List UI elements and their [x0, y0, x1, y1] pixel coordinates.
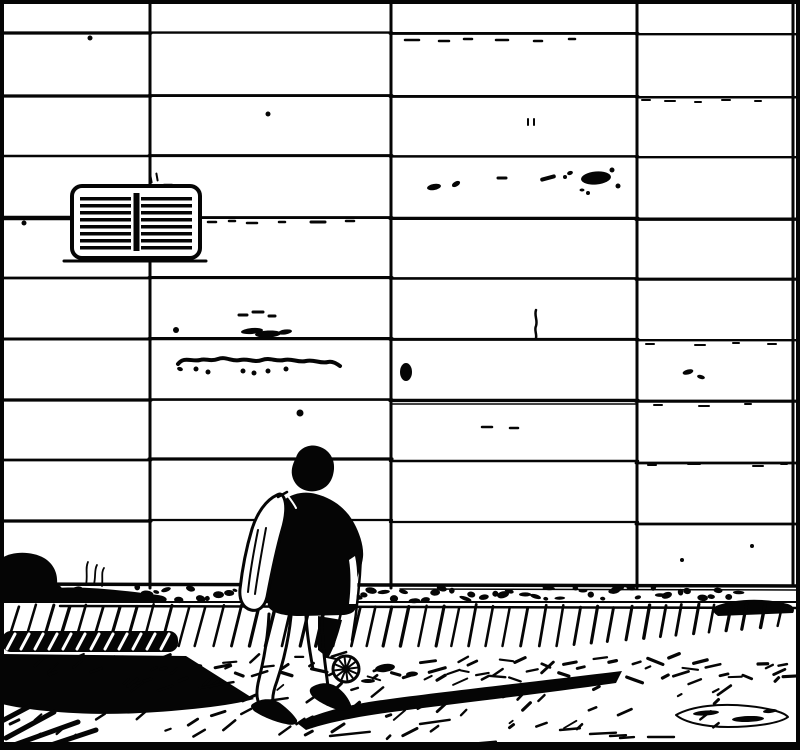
lineart-scene	[0, 0, 800, 750]
rubble-squiggle	[779, 664, 787, 666]
rubble-lump	[683, 587, 692, 595]
rubble-squiggle	[720, 674, 728, 676]
ground-speckle	[662, 675, 668, 678]
dark-object-left	[2, 553, 167, 601]
stain-blob	[400, 363, 412, 381]
stain-dot	[284, 367, 289, 372]
rubble-lump	[661, 591, 673, 600]
hatch-stroke	[195, 607, 206, 646]
stain-dot	[173, 327, 179, 333]
ground-speckle	[437, 675, 445, 680]
rubble-lump	[478, 594, 489, 601]
puddle	[676, 705, 788, 727]
rubble-lump	[725, 594, 732, 600]
puddle-blob	[693, 710, 719, 717]
hatch-stroke	[502, 607, 509, 646]
hatch-stroke	[557, 605, 564, 646]
scene-canvas	[0, 0, 800, 750]
ground-speckle	[394, 710, 405, 720]
plant-sprig	[94, 565, 97, 584]
ground-speckle	[279, 727, 290, 735]
ground-speckle	[403, 728, 417, 735]
ground-speckle	[618, 709, 631, 715]
hatch-stroke	[383, 607, 392, 646]
rubble-lump	[377, 589, 390, 594]
ground-streak	[620, 737, 634, 738]
hatch-stroke	[400, 607, 408, 646]
ground-speckle	[775, 678, 779, 682]
stain-blob	[566, 170, 573, 176]
stain-dot	[297, 410, 304, 417]
rubble-lump	[587, 591, 594, 598]
stain-blob	[451, 180, 461, 189]
stain-dot	[22, 221, 27, 226]
rubble-squiggle	[489, 676, 505, 677]
stain-dot	[194, 367, 199, 372]
ground-speckle	[10, 720, 19, 724]
hatch-stroke	[521, 608, 528, 646]
ground-speckle	[241, 709, 251, 714]
stain-dash	[542, 176, 554, 179]
rubble-squiggle	[694, 660, 707, 663]
rubble-squiggle	[447, 670, 459, 674]
rubble-lump	[467, 591, 476, 598]
wall-base-line2	[400, 589, 796, 590]
rubble-squiggle	[648, 658, 663, 664]
ground-streak	[420, 720, 450, 724]
vent-slat	[141, 239, 192, 243]
rubble-squiggle	[669, 654, 679, 658]
ground-speckle	[564, 721, 576, 728]
vent-slat	[80, 246, 131, 250]
frame-left	[0, 0, 4, 750]
ground-speckle	[223, 720, 235, 730]
rubble-squiggle	[282, 673, 292, 676]
rubble-lump	[153, 589, 160, 594]
ground-speckle	[277, 685, 283, 690]
rubble-squiggle	[682, 668, 698, 670]
stain-dot	[750, 544, 754, 548]
rubble-lump	[554, 596, 565, 600]
rubble-squiggle	[609, 661, 617, 663]
ground-speckle	[211, 711, 225, 715]
vent-slat	[80, 239, 131, 243]
ground-speckle	[161, 668, 166, 669]
ground-speckle	[193, 730, 204, 737]
ground-speckle	[373, 675, 377, 678]
vent-slat	[141, 225, 192, 229]
ground-speckle	[165, 729, 170, 731]
stain-dot	[266, 112, 271, 117]
ground-speckle	[538, 695, 544, 701]
ground-speckle	[250, 654, 259, 662]
right-leg-outline	[306, 616, 313, 669]
hatch-stroke	[418, 606, 426, 646]
vent-grate	[64, 186, 206, 261]
ground-speckle	[458, 657, 468, 662]
left-shoe	[251, 699, 297, 725]
rubble-lump	[448, 587, 455, 594]
rubble-lump	[161, 586, 172, 593]
stain-squiggle	[535, 310, 536, 338]
rubble-squiggle	[564, 662, 577, 664]
stain-dot	[88, 36, 93, 41]
rubble-squiggle	[743, 675, 752, 679]
stain-blob	[176, 366, 183, 372]
ground-speckle	[673, 671, 688, 676]
stain-blob	[682, 368, 694, 376]
rubble-squiggle	[500, 660, 513, 662]
vent-slat	[141, 246, 192, 250]
hatch-stroke	[644, 605, 650, 638]
ground-speckle	[515, 658, 525, 663]
rubble-squiggle	[392, 673, 400, 675]
rubble-squiggle	[559, 673, 569, 676]
stain-blob	[580, 170, 611, 186]
rubble-squiggle	[429, 668, 445, 673]
person-head	[292, 446, 334, 492]
ground-speckle	[453, 679, 467, 685]
frame-right	[796, 0, 800, 750]
vent-slat	[80, 218, 131, 222]
hatch-stroke	[591, 606, 597, 643]
rubble-squiggle	[509, 677, 521, 681]
ground-speckle	[774, 669, 785, 674]
rubble-lump	[519, 592, 531, 596]
rubble-lump	[634, 595, 641, 600]
ground-speckle	[461, 710, 466, 715]
plant-sprig	[86, 562, 88, 585]
hatch-stroke	[574, 607, 581, 644]
ground-speckle	[351, 688, 358, 690]
rubble-lump	[365, 586, 378, 594]
ground-speckle	[425, 676, 432, 679]
rubble-squiggle	[223, 662, 236, 663]
rubble-squiggle	[263, 666, 273, 667]
rubble-squiggle	[577, 667, 584, 669]
vent-slat	[141, 211, 192, 215]
ground-streak	[610, 735, 626, 736]
left-leg-outline	[273, 616, 291, 703]
stain-dash	[150, 176, 151, 183]
dark-strip	[2, 631, 178, 652]
ground-speckle	[468, 661, 477, 665]
rubble-squiggle	[527, 669, 538, 671]
wall-stains	[0, 36, 787, 563]
ground-speckle	[589, 707, 596, 710]
coil-debris	[361, 679, 375, 683]
vent-slat	[141, 232, 192, 236]
hatch-stroke	[436, 606, 444, 646]
ground-speckle	[594, 686, 600, 689]
ground-speckle	[509, 725, 513, 728]
rubble-lump	[697, 594, 708, 601]
hatch-stroke	[214, 605, 224, 646]
vent-slat	[141, 204, 192, 208]
hatch-stroke	[539, 605, 546, 646]
vent-slat	[141, 218, 192, 222]
ground-speckle	[431, 726, 438, 731]
stain-dot	[586, 191, 590, 195]
rubble-lump	[707, 594, 715, 599]
stain-blob	[697, 374, 706, 380]
rubble-squiggle	[633, 662, 641, 664]
hatch-stroke	[179, 606, 190, 646]
rubble-lump	[733, 591, 745, 595]
stain-dot	[563, 175, 567, 179]
right-shoe	[310, 683, 351, 711]
stain-dash	[156, 174, 157, 181]
tiled-wall	[3, 4, 797, 588]
hatch-stroke	[660, 606, 666, 637]
vent-slat	[80, 232, 131, 236]
ground-speckle	[96, 714, 105, 720]
vent-divider	[134, 193, 140, 251]
stain-dot	[206, 370, 211, 375]
hatch-stroke	[451, 608, 459, 646]
hatch-stroke	[486, 606, 493, 646]
hatch-stroke	[676, 604, 681, 635]
rubble-lump	[543, 597, 549, 601]
ground-streak	[330, 732, 370, 736]
stain-squiggle	[178, 358, 340, 366]
stain-dot	[241, 369, 246, 374]
ground-speckle	[188, 719, 197, 725]
ground-speckle	[509, 721, 512, 723]
rubble-lump	[600, 596, 606, 600]
stain-blob	[580, 189, 585, 192]
hatch-stroke	[231, 605, 241, 646]
ground-speckle	[713, 689, 719, 692]
rubble-squiggle	[783, 676, 797, 677]
hatch-stroke	[367, 607, 376, 646]
vent-slat	[80, 204, 131, 208]
rubble-squiggle	[420, 661, 435, 663]
left-leg-outline	[257, 614, 269, 701]
hatch-stroke	[626, 606, 632, 639]
ground-speckle	[714, 700, 718, 704]
vent-slat	[141, 197, 192, 201]
ground-speckle	[337, 683, 341, 687]
rubble-squiggle	[627, 677, 643, 683]
vent-slat	[80, 197, 131, 201]
ground-speckle	[332, 724, 344, 732]
hatch-stroke	[469, 604, 477, 646]
rubble-squiggle	[476, 673, 489, 675]
frame-bottom	[0, 742, 800, 750]
ground-speckle	[372, 687, 383, 696]
ground-speckle	[523, 703, 531, 710]
vent-slat	[80, 211, 131, 215]
ground-speckle	[678, 694, 682, 696]
wall-base-line	[2, 584, 796, 586]
ground-speckle	[305, 731, 312, 735]
hatch-stroke	[607, 608, 613, 642]
rubble-lump	[213, 591, 224, 598]
rubble-squiggle	[594, 657, 607, 659]
ground-streak	[590, 733, 616, 734]
ground-speckle	[386, 715, 390, 717]
stain-dot	[616, 184, 621, 189]
ground-speckle	[718, 686, 731, 695]
rubble-lump	[713, 587, 723, 593]
stain-dot	[252, 371, 257, 376]
stain-dot	[266, 369, 271, 374]
rubble-lump	[529, 593, 541, 600]
ground-speckle	[493, 669, 503, 676]
rubble-squiggle	[235, 673, 243, 676]
puddle-blob	[732, 715, 764, 722]
stain-blob	[427, 183, 442, 191]
ground-speckle	[482, 676, 488, 679]
stain-dot	[610, 168, 615, 173]
ground-speckle	[646, 666, 651, 668]
rubble-lump	[204, 596, 210, 602]
ground-speckle	[688, 679, 701, 684]
puddle-outline	[676, 705, 788, 727]
ground-speckle	[387, 736, 390, 739]
stain-dot	[680, 558, 684, 562]
ground-speckle	[536, 723, 546, 727]
vent-slat	[80, 225, 131, 229]
frame-top	[0, 0, 800, 4]
rubble-squiggle	[461, 670, 469, 672]
rubble-squiggle	[706, 664, 721, 667]
rubble-lump	[224, 590, 234, 596]
